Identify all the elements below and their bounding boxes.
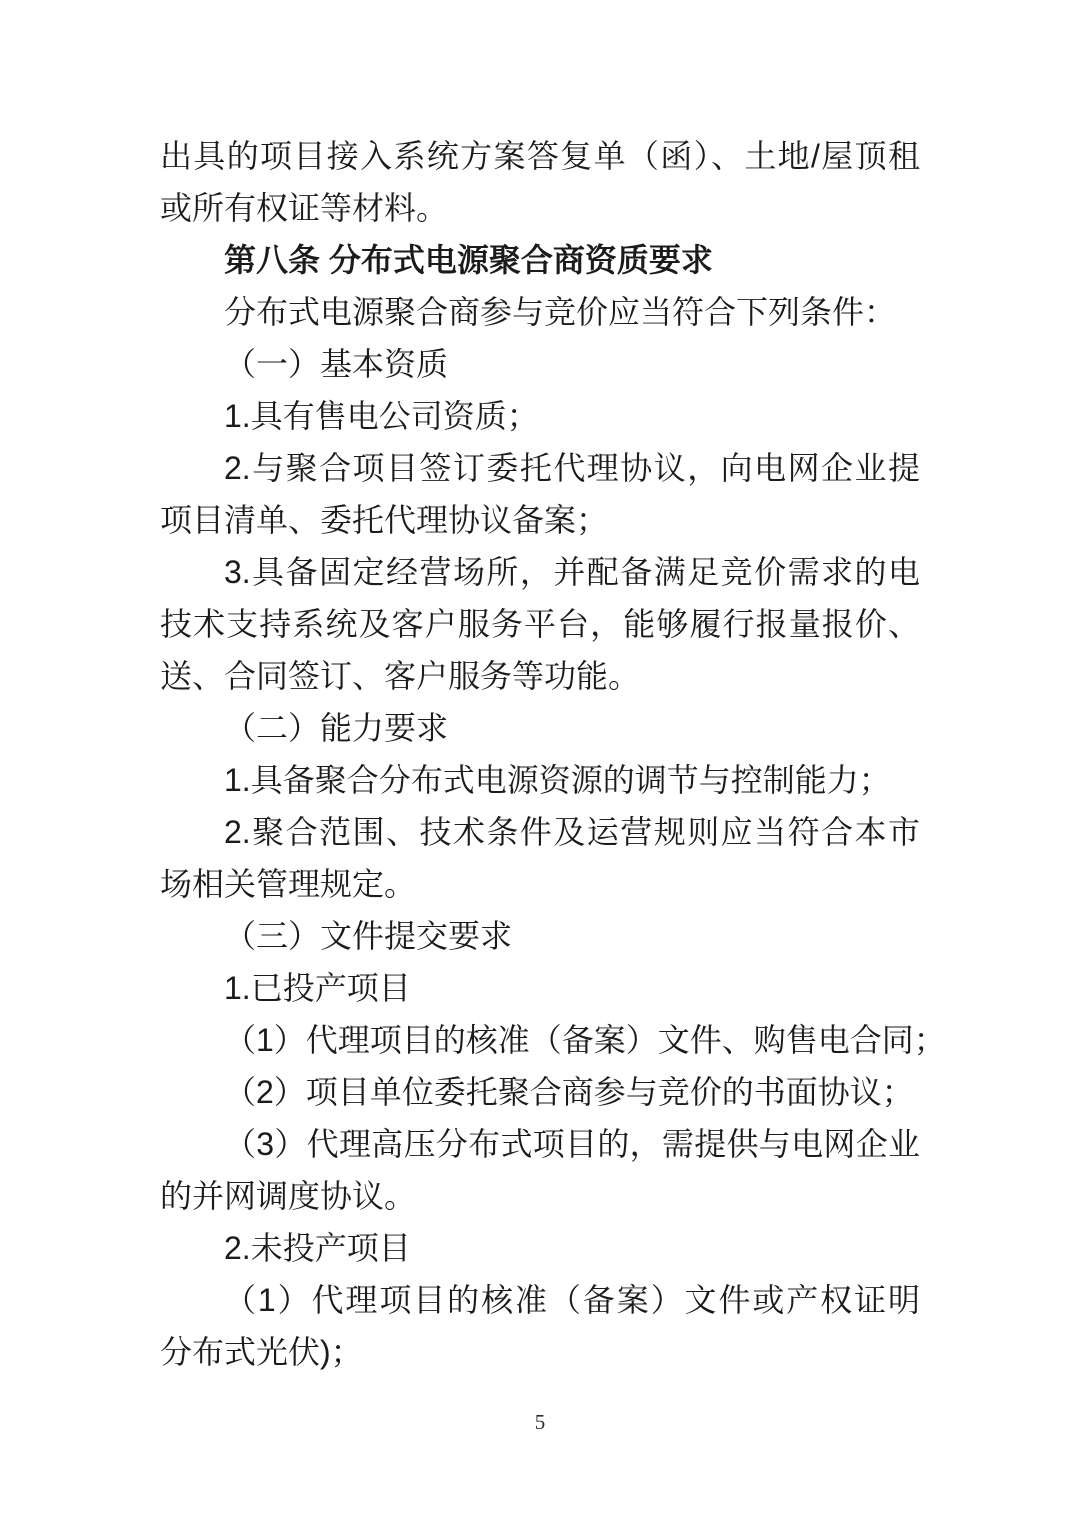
document-page: 出具的项目接入系统方案答复单（函）、土地/屋顶租赁协议或所有权证等材料。第八条 … [0,0,1080,1527]
text-line: 2.未投产项目 [160,1222,920,1274]
text-line: （一）基本资质 [160,338,920,390]
text-line: 送、合同签订、客户服务等功能。 [160,650,920,702]
text-line: 项目清单、委托代理协议备案； [160,494,920,546]
page-footer: 5 [0,1410,1080,1435]
text-line: 的并网调度协议。 [160,1170,920,1222]
text-line: （3）代理高压分布式项目的，需提供与电网企业签订 [160,1118,920,1170]
page-number: 5 [535,1410,546,1434]
text-line: 或所有权证等材料。 [160,182,920,234]
text-line: 2.聚合范围、技术条件及运营规则应当符合本市电力市 [160,806,920,858]
text-line: 1.具有售电公司资质； [160,390,920,442]
text-line: 技术支持系统及客户服务平台，能够履行报量报价、信息报 [160,598,920,650]
text-line: 出具的项目接入系统方案答复单（函）、土地/屋顶租赁协议 [160,130,920,182]
text-line: （2）项目单位委托聚合商参与竞价的书面协议； [160,1066,920,1118]
text-line: 分布式电源聚合商参与竞价应当符合下列条件： [160,286,920,338]
text-line: （二）能力要求 [160,702,920,754]
text-line: （1）代理项目的核准（备案）文件或产权证明（户用 [160,1274,920,1326]
text-line: 1.已投产项目 [160,962,920,1014]
section-heading: 第八条 分布式电源聚合商资质要求 [160,234,920,286]
text-line: 1.具备聚合分布式电源资源的调节与控制能力； [160,754,920,806]
text-line: 场相关管理规定。 [160,858,920,910]
text-line: （三）文件提交要求 [160,910,920,962]
text-line: （1）代理项目的核准（备案）文件、购售电合同； [160,1014,920,1066]
text-line: 分布式光伏)； [160,1326,920,1378]
text-line: 3.具备固定经营场所，并配备满足竞价需求的电力市场 [160,546,920,598]
document-body: 出具的项目接入系统方案答复单（函）、土地/屋顶租赁协议或所有权证等材料。第八条 … [160,130,920,1378]
text-line: 2.与聚合项目签订委托代理协议，向电网企业提交聚合 [160,442,920,494]
